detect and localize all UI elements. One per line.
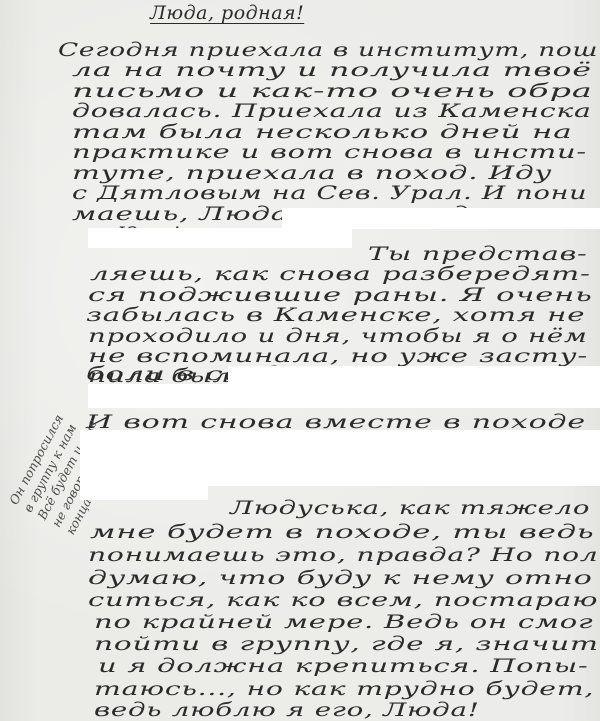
- letter-line: думаю, что буду к нему отно: [88, 568, 593, 589]
- letter-line: там была несколько дней на: [72, 122, 573, 143]
- letter-line: Людуська, как тяжело: [230, 498, 590, 519]
- letter-line: ла на почту и получила твоё: [72, 60, 592, 81]
- letter-line: и я должна крепиться. Попы-: [98, 656, 589, 677]
- letter-line: таюсь..., но как трудно будет,: [94, 679, 594, 700]
- letter-line: с Дятловым на Сев. Урал. И пони: [72, 183, 587, 204]
- letter-line: ся поджившие раны. Я очень: [88, 285, 593, 306]
- letter-line: мне будет в походе, ты ведь: [90, 522, 594, 543]
- letter-line: проходило и дня, чтобы я о нём: [88, 326, 588, 347]
- letter-line: туте, приехала в поход. Иду: [72, 163, 552, 184]
- letter-line: пойти в группу, где я, значит: [94, 634, 599, 655]
- redaction-box: [282, 208, 600, 229]
- letter-line: практике и вот снова в инсти-: [72, 142, 587, 163]
- letter-line: по крайней мере. Ведь он смог: [94, 612, 593, 633]
- letter-line: ляешь, как снова разбередят-: [90, 264, 591, 285]
- letter-line: забылась в Каменске, хотя не: [86, 305, 585, 326]
- letter-line: ситься, как ко всем, постараю: [88, 590, 598, 611]
- redaction-box: [228, 366, 600, 385]
- redaction-box: [88, 228, 352, 248]
- redaction-box: [80, 430, 600, 486]
- redaction-box: [88, 384, 600, 408]
- letter-line: довалась. Приехала из Каменска: [72, 101, 592, 122]
- letter-line: Ты представ-: [368, 244, 587, 265]
- redaction-box: [80, 485, 208, 500]
- letter-line: Сегодня приехала в институт, пош: [58, 40, 598, 61]
- letter-salutation: Люда, родная!: [150, 2, 304, 24]
- letter-line: понимаешь это, правда? Но пол: [88, 545, 599, 566]
- letter-line: ведь люблю я его, Люда!: [94, 700, 480, 721]
- letter-line: письмо и как-то очень обра: [72, 81, 593, 102]
